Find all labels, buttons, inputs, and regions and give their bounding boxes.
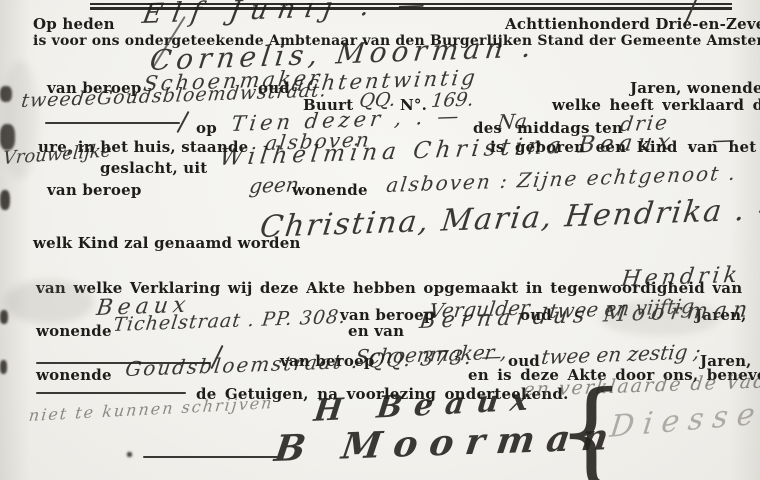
handwritten-father-note-2: niet te kunnen schrijven	[28, 393, 275, 425]
printed-label-jaren-wonende: Jaren, wonende	[630, 79, 760, 97]
printed-label-wonende-w2: wonende	[36, 366, 112, 384]
printed-label-en-van: en van	[348, 322, 404, 340]
signature-dot	[127, 452, 132, 457]
bleedthrough-smudge-3	[2, 60, 38, 180]
handwritten-child-name: Christina, Maria, Hendrika . —	[258, 191, 760, 245]
printed-label-wonende-w1: wonende	[36, 322, 112, 340]
printed-label-van-beroep-mother: van beroep	[47, 181, 142, 199]
handwritten-witness2-address: Goudsbloemstraat . QQ. 373. —	[124, 344, 505, 381]
bleedthrough-smudge-1	[4, 280, 94, 324]
fill-stroke-1	[45, 122, 180, 124]
handwritten-witness2-age: twee en zestig ;	[540, 339, 702, 369]
edge-ink-blob-3	[0, 190, 10, 210]
fill-stroke-3	[36, 392, 186, 394]
edge-ink-blob-4	[0, 310, 8, 324]
printed-label-geslacht-uit: geslacht, uit	[100, 159, 207, 177]
handwritten-deed-date: Elf Junij . —	[140, 0, 438, 30]
edge-ink-blob-5	[0, 360, 7, 374]
signature-registrar: Diesse	[608, 396, 760, 445]
bleedthrough-smudge-2	[600, 300, 720, 336]
printed-year: Achttienhonderd Drie-en-Zeventig,	[505, 15, 760, 33]
handwritten-mother-residence: alsboven : Zijne echtgenoot .	[385, 161, 739, 197]
birth-certificate-scan: Op heden Elf Junij . — Achttienhonderd D…	[0, 0, 760, 480]
printed-label-op: op	[196, 119, 217, 137]
handwritten-witness1-firstname: Hendrik	[620, 263, 742, 292]
signature-dot-dash	[143, 456, 283, 458]
printed-label-wonende-mother: wonende	[292, 181, 368, 199]
printed-op-heden: Op heden	[33, 15, 115, 33]
